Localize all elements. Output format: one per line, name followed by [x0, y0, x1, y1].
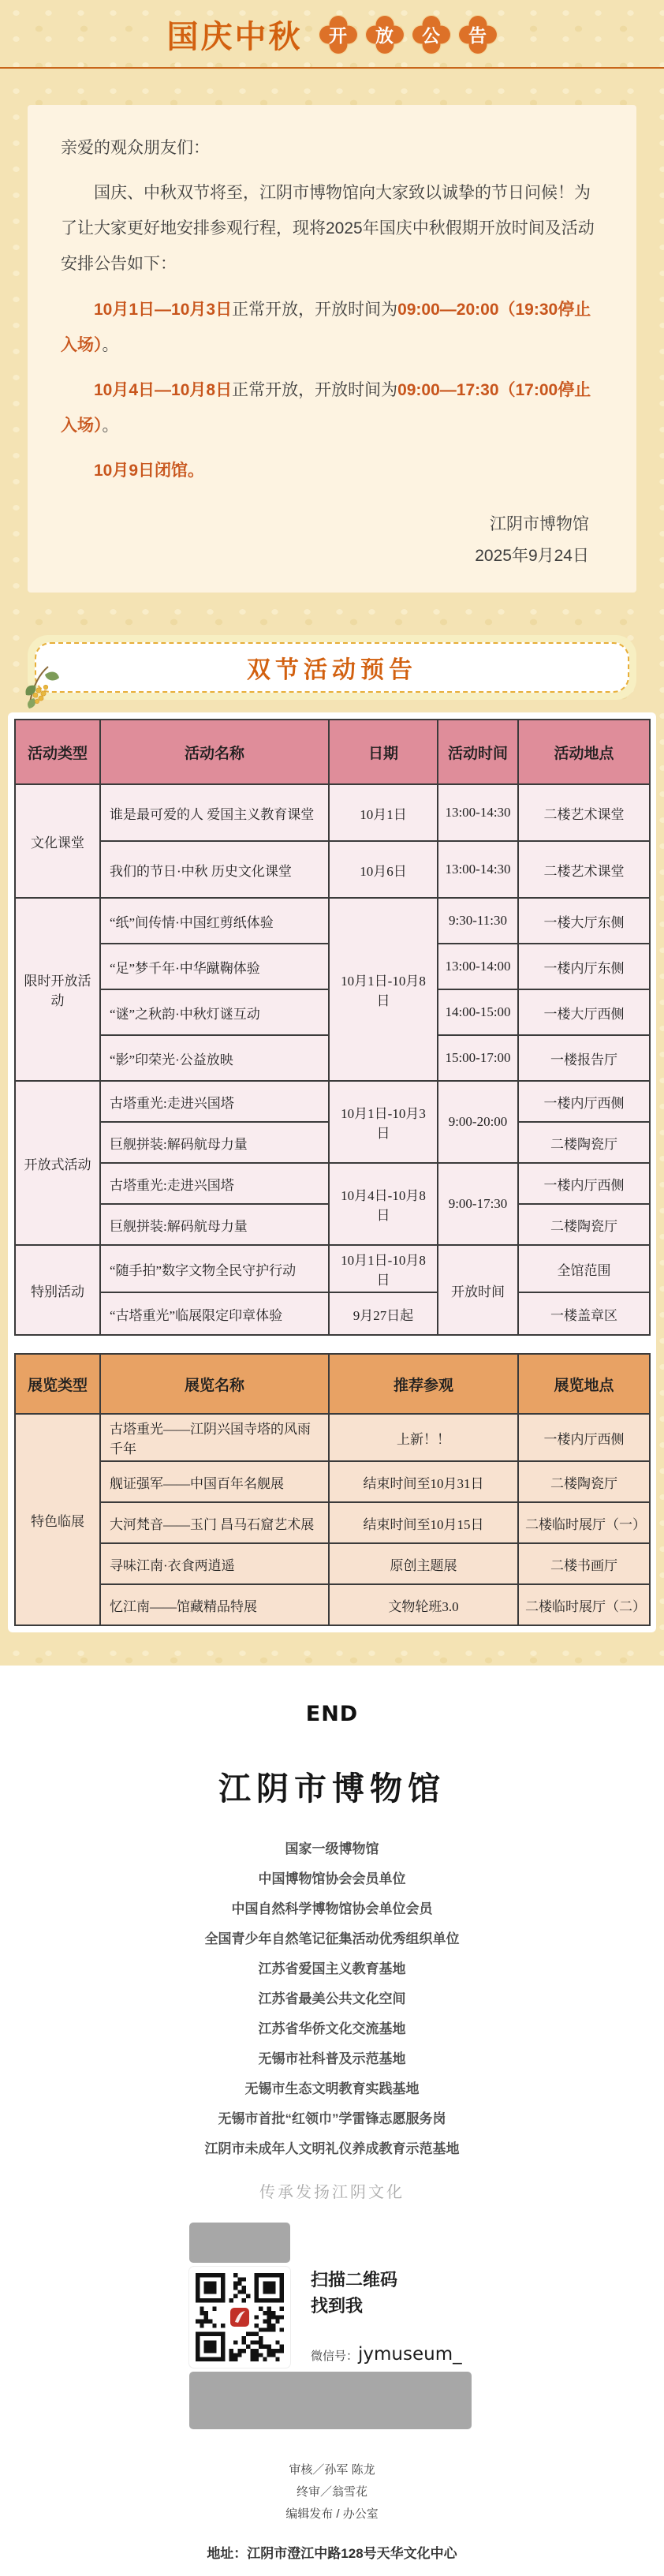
- letter-signature-block: 江阴市博物馆 2025年9月24日: [61, 509, 603, 572]
- plain-text: 正常开放，开放时间为: [232, 301, 397, 319]
- name-cell: 谁是最可爱的人 爱国主义教育课堂: [100, 784, 329, 841]
- value-cell: 10月6日: [329, 841, 438, 898]
- credit-final-reviewer: 终审／翁雪花: [0, 2481, 664, 2503]
- value-cell: 原创主题展: [329, 1543, 518, 1584]
- badge-char: 告: [458, 15, 498, 54]
- value-cell: 10月1日-10月3日: [329, 1081, 438, 1163]
- value-cell: 13:00-14:30: [438, 841, 518, 898]
- name-cell: 古塔重光:走进兴国塔: [100, 1081, 329, 1122]
- name-cell: 寻味江南·衣食两逍遥: [100, 1543, 329, 1584]
- honors-list: 国家一级博物馆中国博物馆协会会员单位中国自然科学博物馆协会单位会员全国青少年自然…: [0, 1838, 664, 2157]
- quatrefoil-badge: 放: [365, 15, 405, 54]
- honor-item: 江阴市未成年人文明礼仪养成教育示范基地: [0, 2137, 664, 2157]
- name-cell: 古塔重光——江阴兴国寺塔的风雨千年: [100, 1414, 329, 1461]
- table-header-row: 展览类型展览名称推荐参观展览地点: [15, 1354, 650, 1414]
- value-cell: 9:00-20:00: [438, 1081, 518, 1163]
- tagline: 传承发扬江阴文化: [0, 2179, 664, 2202]
- letter-paragraph: 10月9日闭馆。: [61, 453, 603, 488]
- museum-name: 江阴市博物馆: [0, 1763, 664, 1809]
- table-row: 古塔重光:走进兴国塔10月4日-10月8日9:00-17:30一楼内厅西侧: [15, 1163, 650, 1204]
- category-cell: 特别活动: [15, 1245, 100, 1335]
- column-header: 推荐参观: [329, 1354, 518, 1414]
- wechat-label: 微信号：: [311, 2350, 358, 2363]
- column-header: 展览类型: [15, 1354, 100, 1414]
- decorative-bar: [189, 2372, 472, 2429]
- announcement-section: 国庆中秋 开 放: [0, 0, 664, 1666]
- highlight-text: 10月4日—10月8日: [94, 381, 232, 399]
- plain-text: 。: [103, 336, 119, 354]
- value-cell: 二楼书画厅: [518, 1543, 650, 1584]
- name-cell: “随手拍”数字文物全民守护行动: [100, 1245, 329, 1292]
- section-banner: 双节活动预告: [28, 635, 636, 700]
- plain-text: 国庆、中秋双节将至，江阴市博物馆向大家致以诚挚的节日问候！为了让大家更好地安排参…: [61, 184, 595, 273]
- value-cell: 一楼内厅西侧: [518, 1414, 650, 1461]
- name-cell: 巨舰拼装:解码航母力量: [100, 1122, 329, 1163]
- table-row: 我们的节日·中秋 历史文化课堂10月6日13:00-14:30二楼艺术课堂: [15, 841, 650, 898]
- footer-section: END 江阴市博物馆 国家一级博物馆中国博物馆协会会员单位中国自然科学博物馆协会…: [0, 1666, 664, 2576]
- column-header: 活动时间: [438, 720, 518, 784]
- page-title: 国庆中秋 开 放: [0, 0, 664, 69]
- category-cell: 限时开放活动: [15, 898, 100, 1081]
- opening-notice-letter: 亲爱的观众朋友们： 国庆、中秋双节将至，江阴市博物馆向大家致以诚挚的节日问候！为…: [28, 105, 636, 593]
- value-cell: 上新！！: [329, 1414, 518, 1461]
- value-cell: 9:30-11:30: [438, 898, 518, 944]
- value-cell: 文物轮班3.0: [329, 1584, 518, 1625]
- highlight-text: 10月1日—10月3日: [94, 301, 232, 319]
- name-cell: 忆江南——馆藏精品特展: [100, 1584, 329, 1625]
- museum-logo-icon: [228, 2305, 252, 2329]
- value-cell: 二楼艺术课堂: [518, 841, 650, 898]
- name-cell: 巨舰拼装:解码航母力量: [100, 1204, 329, 1245]
- honor-item: 中国自然科学博物馆协会单位会员: [0, 1897, 664, 1917]
- column-header: 展览地点: [518, 1354, 650, 1414]
- category-cell: 开放式活动: [15, 1081, 100, 1245]
- badge-char: 公: [412, 15, 451, 54]
- section-banner-title: 双节活动预告: [247, 650, 417, 685]
- credits-block: 审核／孙军 陈龙 终审／翁雪花 编辑发布 / 办公室: [0, 2459, 664, 2525]
- value-cell: 10月4日-10月8日: [329, 1163, 438, 1245]
- name-cell: 古塔重光:走进兴国塔: [100, 1163, 329, 1204]
- value-cell: 9月27日起: [329, 1292, 438, 1335]
- name-cell: 大河梵音——玉门 昌马石窟艺术展: [100, 1502, 329, 1543]
- qr-caption: 扫描二维码 找到我 微信号：jymuseum_: [290, 2267, 475, 2368]
- table-row: 特别活动“随手拍”数字文物全民守护行动10月1日-10月8日开放时间全馆范围: [15, 1245, 650, 1292]
- value-cell: 10月1日-10月8日: [329, 1245, 438, 1292]
- quatrefoil-badge: 公: [412, 15, 451, 54]
- name-cell: 舰证强军——中国百年名舰展: [100, 1461, 329, 1502]
- value-cell: 10月1日: [329, 784, 438, 841]
- table-row: 特色临展古塔重光——江阴兴国寺塔的风雨千年上新！！一楼内厅西侧: [15, 1414, 650, 1461]
- value-cell: 13:00-14:00: [438, 944, 518, 989]
- table-row: “古塔重光”临展限定印章体验9月27日起一楼盖章区: [15, 1292, 650, 1335]
- value-cell: 一楼大厅东侧: [518, 898, 650, 944]
- plain-text: 正常开放，开放时间为: [232, 381, 397, 399]
- category-cell: 特色临展: [15, 1414, 100, 1625]
- letter-paragraph: 国庆、中秋双节将至，江阴市博物馆向大家致以诚挚的节日问候！为了让大家更好地安排参…: [61, 175, 603, 282]
- value-cell: 13:00-14:30: [438, 784, 518, 841]
- honor-item: 无锡市首批“红领巾”学雷锋志愿服务岗: [0, 2107, 664, 2127]
- value-cell: 二楼陶瓷厅: [518, 1122, 650, 1163]
- osmanthus-flower-icon: [24, 664, 61, 709]
- museum-address: 地址：江阴市澄江中路128号天华文化中心: [0, 2542, 664, 2562]
- name-cell: “足”梦千年·中华蹴鞠体验: [100, 944, 329, 989]
- value-cell: 一楼内厅西侧: [518, 1081, 650, 1122]
- credit-reviewers: 审核／孙军 陈龙: [0, 2459, 664, 2481]
- category-cell: 文化课堂: [15, 784, 100, 898]
- value-cell: 结束时间至10月31日: [329, 1461, 518, 1502]
- quatrefoil-badge: 开: [319, 15, 358, 54]
- badge-char: 开: [319, 15, 358, 54]
- name-cell: “纸”间传情·中国红剪纸体验: [100, 898, 329, 944]
- signature-name: 江阴市博物馆: [61, 509, 589, 540]
- honor-item: 中国博物馆协会会员单位: [0, 1868, 664, 1887]
- section-banner-frame: 双节活动预告: [35, 642, 629, 693]
- table-header-row: 活动类型活动名称日期活动时间活动地点: [15, 720, 650, 784]
- honor-item: 国家一级博物馆: [0, 1838, 664, 1857]
- qr-card: [189, 2267, 290, 2368]
- table-row: 开放式活动古塔重光:走进兴国塔10月1日-10月3日9:00-20:00一楼内厅…: [15, 1081, 650, 1122]
- value-cell: 二楼临时展厅（二）: [518, 1584, 650, 1625]
- table-row: 寻味江南·衣食两逍遥原创主题展二楼书画厅: [15, 1543, 650, 1584]
- table-row: 限时开放活动“纸”间传情·中国红剪纸体验10月1日-10月8日9:30-11:3…: [15, 898, 650, 944]
- value-cell: 一楼内厅西侧: [518, 1163, 650, 1204]
- column-header: 日期: [329, 720, 438, 784]
- value-cell: 一楼大厅西侧: [518, 989, 650, 1035]
- credit-editor: 编辑发布 / 办公室: [0, 2503, 664, 2526]
- value-cell: 一楼内厅东侧: [518, 944, 650, 989]
- plain-text: 。: [103, 417, 119, 435]
- honor-item: 无锡市生态文明教育实践基地: [0, 2077, 664, 2097]
- value-cell: 一楼报告厅: [518, 1035, 650, 1081]
- value-cell: 二楼艺术课堂: [518, 784, 650, 841]
- column-header: 活动地点: [518, 720, 650, 784]
- letter-paragraph: 10月1日—10月3日正常开放，开放时间为09:00—20:00（19:30停止…: [61, 292, 603, 363]
- column-header: 活动名称: [100, 720, 329, 784]
- wechat-qr-block: 扫描二维码 找到我 微信号：jymuseum_: [189, 2223, 475, 2429]
- letter-greeting: 亲爱的观众朋友们：: [61, 130, 603, 166]
- end-label: END: [0, 1702, 664, 1726]
- value-cell: 结束时间至10月15日: [329, 1502, 518, 1543]
- value-cell: 二楼陶瓷厅: [518, 1461, 650, 1502]
- qr-caption-line1: 扫描二维码: [311, 2267, 475, 2293]
- wechat-id-line: 微信号：jymuseum_: [311, 2344, 475, 2368]
- table-row: 文化课堂谁是最可爱的人 爱国主义教育课堂10月1日13:00-14:30二楼艺术…: [15, 784, 650, 841]
- name-cell: “影”印荣光·公益放映: [100, 1035, 329, 1081]
- column-header: 展览名称: [100, 1354, 329, 1414]
- wechat-id: jymuseum_: [358, 2344, 462, 2365]
- highlight-text: 10月9日闭馆。: [94, 462, 204, 480]
- name-cell: 我们的节日·中秋 历史文化课堂: [100, 841, 329, 898]
- letter-paragraph: 10月4日—10月8日正常开放，开放时间为09:00—17:30（17:00停止…: [61, 372, 603, 443]
- table-row: 舰证强军——中国百年名舰展结束时间至10月31日二楼陶瓷厅: [15, 1461, 650, 1502]
- honor-item: 江苏省华侨文化交流基地: [0, 2017, 664, 2037]
- name-cell: “谜”之秋韵·中秋灯谜互动: [100, 989, 329, 1035]
- value-cell: 开放时间: [438, 1245, 518, 1335]
- badge-char: 放: [365, 15, 405, 54]
- column-header: 活动类型: [15, 720, 100, 784]
- value-cell: 15:00-17:00: [438, 1035, 518, 1081]
- activity-schedule-table: 活动类型活动名称日期活动时间活动地点文化课堂谁是最可爱的人 爱国主义教育课堂10…: [14, 719, 651, 1336]
- exhibition-table: 展览类型展览名称推荐参观展览地点特色临展古塔重光——江阴兴国寺塔的风雨千年上新！…: [14, 1353, 651, 1626]
- honor-item: 江苏省最美公共文化空间: [0, 1987, 664, 2007]
- schedule-tables-card: 活动类型活动名称日期活动时间活动地点文化课堂谁是最可爱的人 爱国主义教育课堂10…: [8, 712, 656, 1632]
- title-text: 国庆中秋: [167, 12, 303, 57]
- value-cell: 全馆范围: [518, 1245, 650, 1292]
- value-cell: 14:00-15:00: [438, 989, 518, 1035]
- honor-item: 全国青少年自然笔记征集活动优秀组织单位: [0, 1927, 664, 1947]
- table-row: 大河梵音——玉门 昌马石窟艺术展结束时间至10月15日二楼临时展厅（一）: [15, 1502, 650, 1543]
- value-cell: 9:00-17:30: [438, 1163, 518, 1245]
- title-badges: 开 放 公: [319, 15, 498, 54]
- qr-caption-line2: 找到我: [311, 2293, 475, 2319]
- signature-date: 2025年9月24日: [61, 540, 589, 572]
- value-cell: 10月1日-10月8日: [329, 898, 438, 1081]
- honor-item: 江苏省爱国主义教育基地: [0, 1957, 664, 1977]
- value-cell: 一楼盖章区: [518, 1292, 650, 1335]
- quatrefoil-badge: 告: [458, 15, 498, 54]
- table-row: 忆江南——馆藏精品特展文物轮班3.0二楼临时展厅（二）: [15, 1584, 650, 1625]
- decorative-bar: [189, 2223, 290, 2263]
- name-cell: “古塔重光”临展限定印章体验: [100, 1292, 329, 1335]
- value-cell: 二楼陶瓷厅: [518, 1204, 650, 1245]
- honor-item: 无锡市社科普及示范基地: [0, 2047, 664, 2067]
- value-cell: 二楼临时展厅（一）: [518, 1502, 650, 1543]
